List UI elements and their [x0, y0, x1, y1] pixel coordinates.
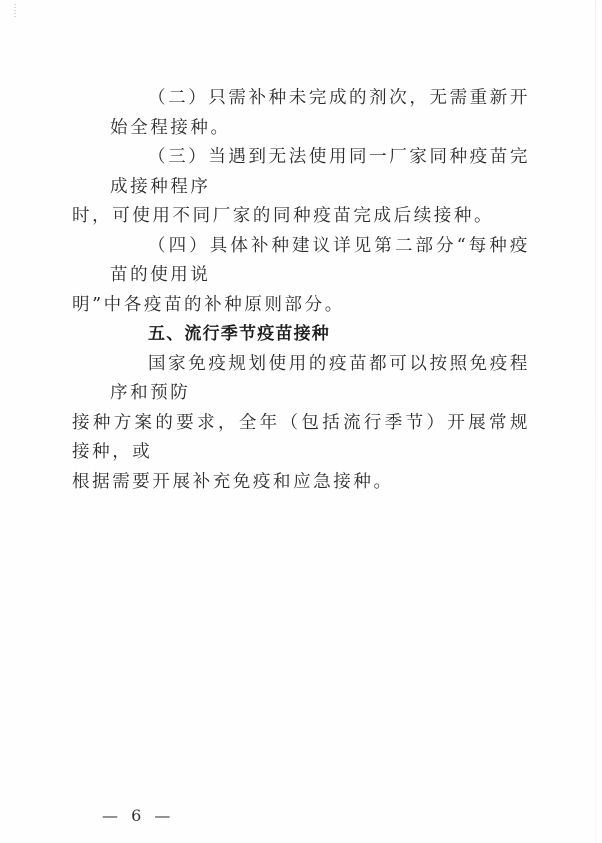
text-line: 时，可使用不同厂家的同种疫苗完成后续接种。	[72, 202, 530, 232]
text-line: （二）只需补种未完成的剂次，无需重新开始全程接种。	[110, 84, 530, 143]
paragraph-item-3: （三）当遇到无法使用同一厂家同种疫苗完成接种程序 时，可使用不同厂家的同种疫苗完…	[110, 143, 530, 232]
text-line: （三）当遇到无法使用同一厂家同种疫苗完成接种程序	[110, 143, 530, 202]
document-page: （二）只需补种未完成的剂次，无需重新开始全程接种。 （三）当遇到无法使用同一厂家…	[0, 0, 602, 843]
page-number: — 6 —	[102, 806, 174, 825]
heading-text: 五、流行季节疫苗接种	[148, 324, 330, 344]
section-heading: 五、流行季节疫苗接种	[110, 320, 530, 350]
text-line: 国家免疫规划使用的疫苗都可以按照免疫程序和预防	[110, 350, 530, 409]
document-body: （二）只需补种未完成的剂次，无需重新开始全程接种。 （三）当遇到无法使用同一厂家…	[110, 84, 530, 497]
paragraph-body: 国家免疫规划使用的疫苗都可以按照免疫程序和预防 接种方案的要求，全年（包括流行季…	[110, 350, 530, 498]
paragraph-item-2: （二）只需补种未完成的剂次，无需重新开始全程接种。	[110, 84, 530, 143]
text-line: 明”中各疫苗的补种原则部分。	[72, 291, 530, 321]
text-line: 根据需要开展补充免疫和应急接种。	[72, 468, 530, 498]
scan-edge-line	[595, 0, 596, 843]
paragraph-item-4: （四）具体补种建议详见第二部分“每种疫苗的使用说 明”中各疫苗的补种原则部分。	[110, 232, 530, 321]
scan-artifact-marks	[14, 4, 16, 18]
text-line: 接种方案的要求，全年（包括流行季节）开展常规接种，或	[72, 409, 530, 468]
text-line: （四）具体补种建议详见第二部分“每种疫苗的使用说	[110, 232, 530, 291]
